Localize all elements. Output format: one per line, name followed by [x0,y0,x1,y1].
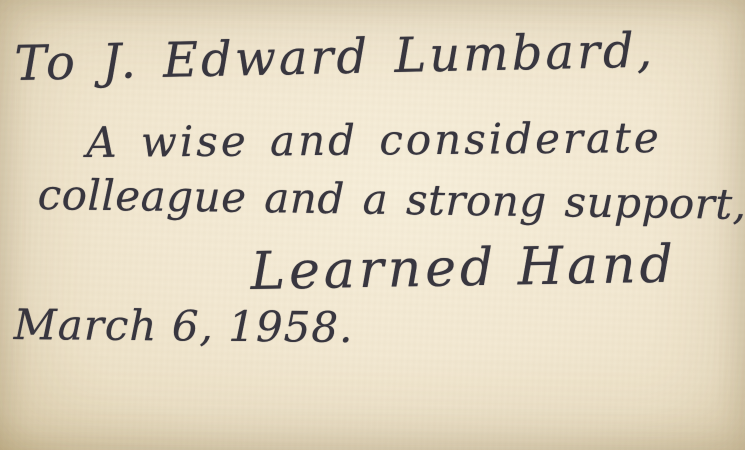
inscription-signature: Learned Hand [250,235,677,302]
inscription-salutation: To J. Edward Lumbard, [14,23,655,92]
inscription-dedication-line-2: colleague and a strong support, [37,170,745,229]
inscription-dedication-line-1: A wise and considerate [86,113,662,167]
inscription-date: March 6, 1958. [14,300,354,352]
inscription-page: To J. Edward Lumbard, A wise and conside… [0,0,745,450]
